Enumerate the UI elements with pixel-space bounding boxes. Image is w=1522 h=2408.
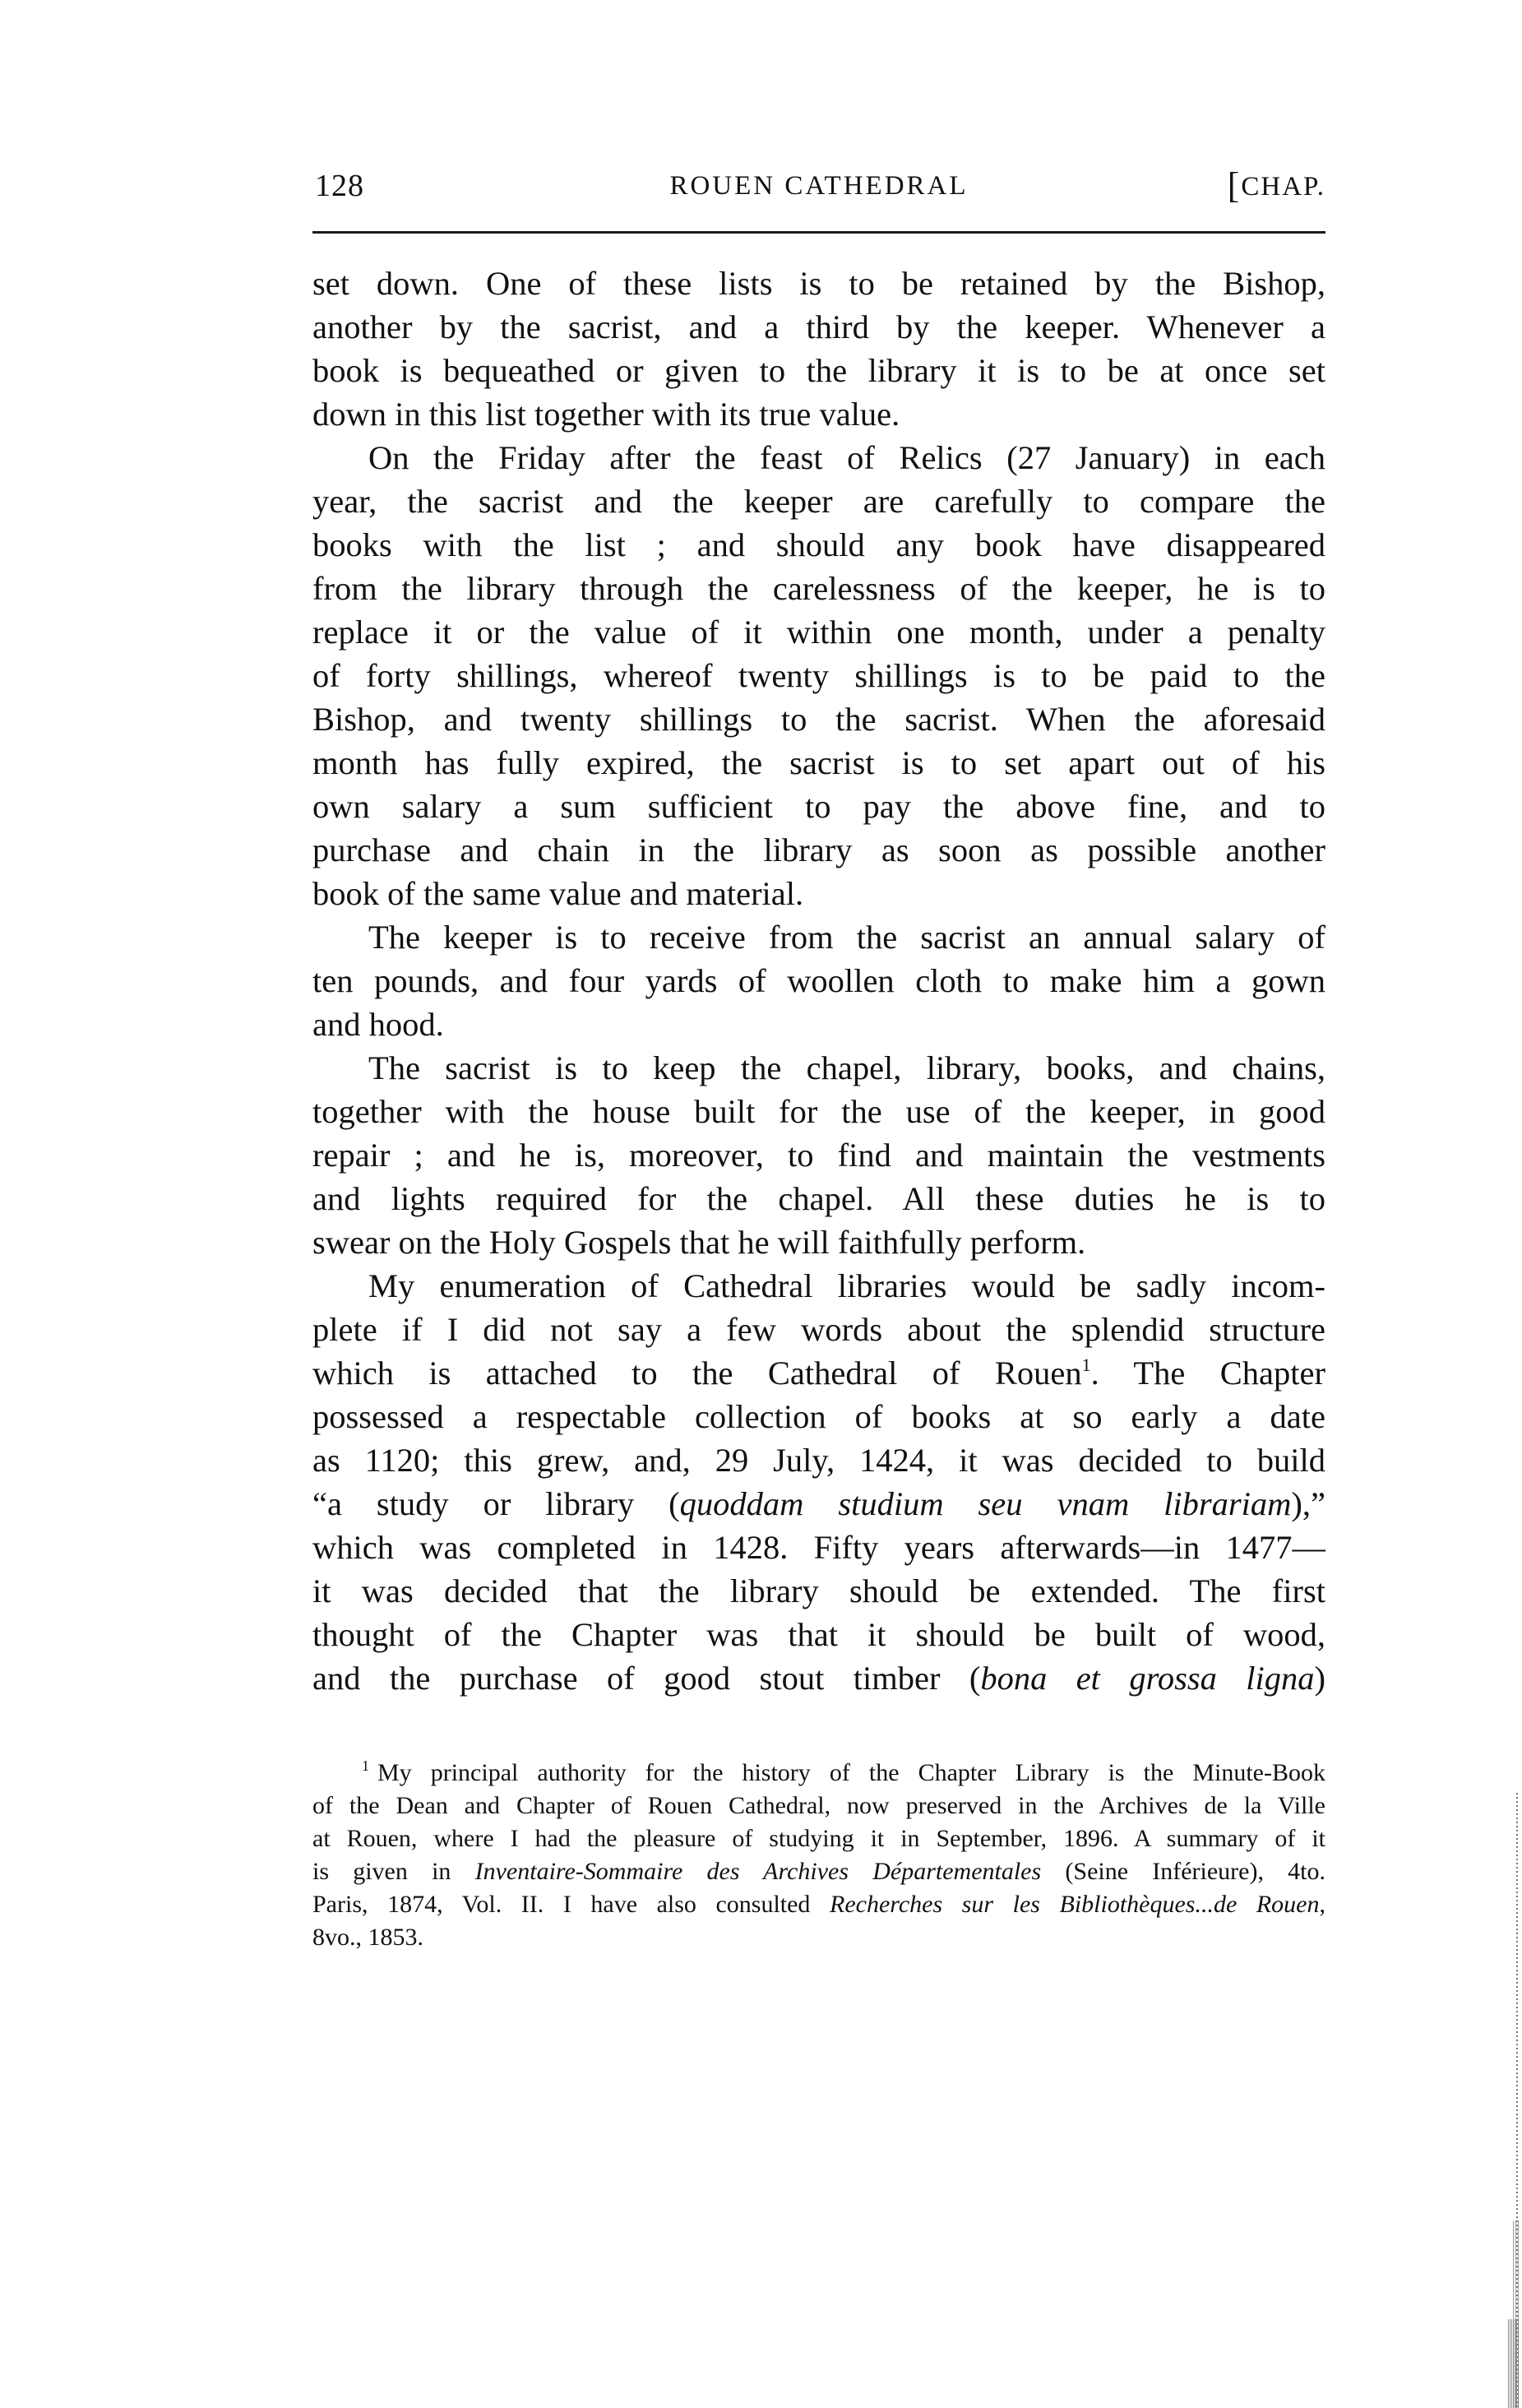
- text-segment: ,: [1320, 1891, 1326, 1918]
- footnote-line: of the Dean and Chapter of Rouen Cathedr…: [312, 1790, 1325, 1822]
- text-line: repair ; and he is, moreover, to find an…: [312, 1133, 1325, 1177]
- chapter-label: CHAP.: [1241, 172, 1325, 201]
- chapter-marker: [CHAP.: [1228, 161, 1325, 211]
- running-title: ROUEN CATHEDRAL: [312, 161, 1325, 211]
- text-line: books with the list ; and should any boo…: [312, 523, 1325, 567]
- text-line: possessed a respectable collection of bo…: [312, 1395, 1325, 1438]
- footnote-marker: 1: [362, 1757, 369, 1774]
- text-line: Bishop, and twenty shillings to the sacr…: [312, 697, 1325, 741]
- text-line: thought of the Chapter was that it shoul…: [312, 1613, 1325, 1656]
- text-line: book is bequeathed or given to the libra…: [312, 349, 1325, 392]
- text-line: down in this list together with its true…: [312, 392, 1325, 436]
- footnote-line: is given in Inventaire-Sommaire des Arch…: [312, 1855, 1325, 1888]
- text-line: and hood.: [312, 1003, 1325, 1046]
- footnote-line: 8vo., 1853.: [312, 1921, 1325, 1954]
- paragraph-start-line: On the Friday after the feast of Relics …: [312, 436, 1325, 479]
- cited-title: Recherches sur les Bibliothèques...de Ro…: [830, 1891, 1320, 1918]
- paragraph-start-line: My enumeration of Cathedral libraries wo…: [312, 1264, 1325, 1308]
- text-line: and the purchase of good stout timber (b…: [312, 1656, 1325, 1700]
- text-segment: ),”: [1291, 1485, 1325, 1522]
- footnote-reference[interactable]: 1: [1082, 1354, 1091, 1375]
- footnote-line: at Rouen, where I had the pleasure of st…: [312, 1822, 1325, 1855]
- book-page: 128 ROUEN CATHEDRAL [CHAP. set down. One…: [0, 0, 1522, 2408]
- text-segment: . The Chapter: [1091, 1354, 1325, 1392]
- text-line: year, the sacrist and the keeper are car…: [312, 479, 1325, 523]
- text-line: together with the house built for the us…: [312, 1090, 1325, 1133]
- header-rule: [312, 231, 1325, 234]
- text-line: “a study or library (quoddam studium seu…: [312, 1482, 1325, 1526]
- text-segment: ): [1315, 1660, 1326, 1697]
- paragraph-start-line: The sacrist is to keep the chapel, libra…: [312, 1046, 1325, 1090]
- text-line: ten pounds, and four yards of woollen cl…: [312, 959, 1325, 1003]
- bracket-glyph: [: [1228, 165, 1242, 206]
- text-line: and lights required for the chapel. All …: [312, 1177, 1325, 1220]
- text-line: book of the same value and material.: [312, 872, 1325, 915]
- text-segment: and the purchase of good stout timber (: [312, 1660, 980, 1697]
- scan-edge-noise: [1508, 2319, 1520, 2408]
- cited-title: Inventaire-Sommaire des Archives Départe…: [475, 1858, 1042, 1885]
- text-line: another by the sacrist, and a third by t…: [312, 305, 1325, 349]
- text-segment: My principal authority for the history o…: [377, 1759, 1325, 1786]
- footnote: 1My principal authority for the history …: [312, 1757, 1325, 1954]
- footnote-line: Paris, 1874, Vol. II. I have also consul…: [312, 1888, 1325, 1921]
- text-line: month has fully expired, the sacrist is …: [312, 741, 1325, 785]
- text-line: swear on the Holy Gospels that he will f…: [312, 1220, 1325, 1264]
- text-line: replace it or the value of it within one…: [312, 610, 1325, 654]
- text-line: from the library through the carelessnes…: [312, 567, 1325, 610]
- text-segment: “a study or library (: [312, 1485, 680, 1522]
- text-line: as 1120; this grew, and, 29 July, 1424, …: [312, 1438, 1325, 1482]
- scan-edge-artifact: [1511, 1793, 1520, 2408]
- text-segment: is given in: [312, 1858, 475, 1885]
- text-line: which was completed in 1428. Fifty years…: [312, 1526, 1325, 1569]
- text-segment: (Seine Inférieure), 4to.: [1041, 1858, 1325, 1885]
- latin-phrase: bona et grossa ligna: [980, 1660, 1314, 1697]
- text-line: set down. One of these lists is to be re…: [312, 262, 1325, 305]
- text-line: purchase and chain in the library as soo…: [312, 828, 1325, 872]
- text-line: it was decided that the library should b…: [312, 1569, 1325, 1613]
- text-line: of forty shillings, whereof twenty shill…: [312, 654, 1325, 697]
- text-line: plete if I did not say a few words about…: [312, 1308, 1325, 1351]
- running-head: 128 ROUEN CATHEDRAL [CHAP.: [312, 161, 1325, 211]
- text-segment: which is attached to the Cathedral of Ro…: [312, 1354, 1082, 1392]
- text-line: own salary a sum sufficient to pay the a…: [312, 785, 1325, 828]
- latin-phrase: quoddam studium seu vnam librariam: [680, 1485, 1292, 1522]
- text-line: which is attached to the Cathedral of Ro…: [312, 1351, 1325, 1395]
- body-text: set down. One of these lists is to be re…: [312, 262, 1325, 1700]
- footnote-line: 1My principal authority for the history …: [312, 1757, 1325, 1790]
- paragraph-start-line: The keeper is to receive from the sacris…: [312, 915, 1325, 959]
- text-segment: Paris, 1874, Vol. II. I have also consul…: [312, 1891, 830, 1918]
